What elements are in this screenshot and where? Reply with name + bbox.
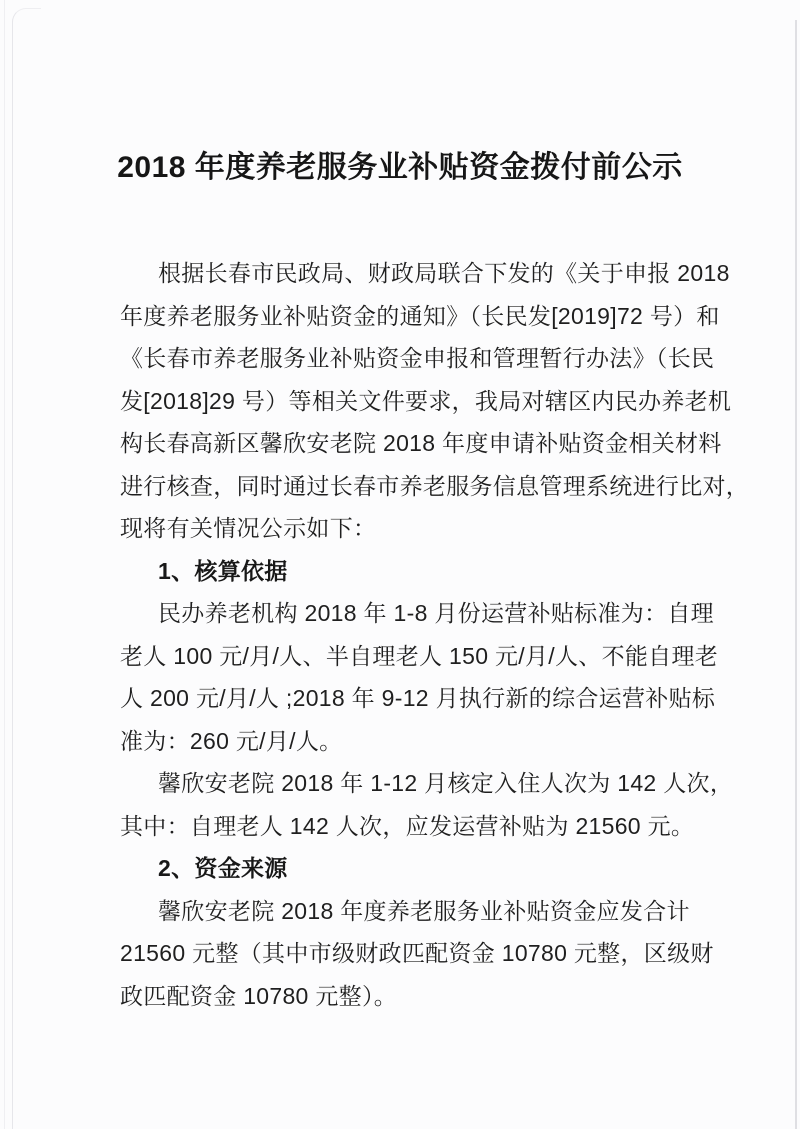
text-line: 进行核查，同时通过长春市养老服务信息管理系统进行比对， [120,465,708,508]
page-edge-right [795,20,797,1129]
text-line: 年度养老服务业补贴资金的通知》（长民发[2019]72 号）和 [120,295,708,338]
notice-title: 2018 年度养老服务业补贴资金拨付前公示 [0,0,800,188]
text-line: 根据长春市民政局、财政局联合下发的《关于申报 2018 [120,252,708,295]
page-edge-left-inner [12,34,13,1129]
text-line: 老人 100 元/月/人、半自理老人 150 元/月/人、不能自理老 [120,635,708,678]
page-corner-curl [12,8,41,37]
notice-body: 根据长春市民政局、财政局联合下发的《关于申报 2018 年度养老服务业补贴资金的… [0,252,800,1017]
text-line: 21560 元整（其中市级财政匹配资金 10780 元整，区级财 [120,932,708,975]
text-line: 准为：260 元/月/人。 [120,720,708,763]
text-line: 发[2018]29 号）等相关文件要求，我局对辖区内民办养老机 [120,380,708,423]
text-line: 民办养老机构 2018 年 1-8 月份运营补贴标准为：自理 [120,592,708,635]
section2-heading: 2、资金来源 [120,847,708,890]
text-line: 馨欣安老院 2018 年 1-12 月核定入住人次为 142 人次， [120,762,708,805]
text-line: 《长春市养老服务业补贴资金申报和管理暂行办法》（长民 [120,337,708,380]
scanned-notice-page: 2018 年度养老服务业补贴资金拨付前公示 根据长春市民政局、财政局联合下发的《… [0,0,800,1129]
text-line: 其中：自理老人 142 人次，应发运营补贴为 21560 元。 [120,805,708,848]
text-line: 构长春高新区馨欣安老院 2018 年度申请补贴资金相关材料 [120,422,708,465]
section1-heading: 1、核算依据 [120,550,708,593]
text-line: 馨欣安老院 2018 年度养老服务业补贴资金应发合计 [120,890,708,933]
page-edge-left-outer [4,0,5,1129]
text-line: 政匹配资金 10780 元整）。 [120,975,708,1018]
text-line: 人 200 元/月/人 ;2018 年 9-12 月执行新的综合运营补贴标 [120,677,708,720]
text-line: 现将有关情况公示如下： [120,507,708,550]
